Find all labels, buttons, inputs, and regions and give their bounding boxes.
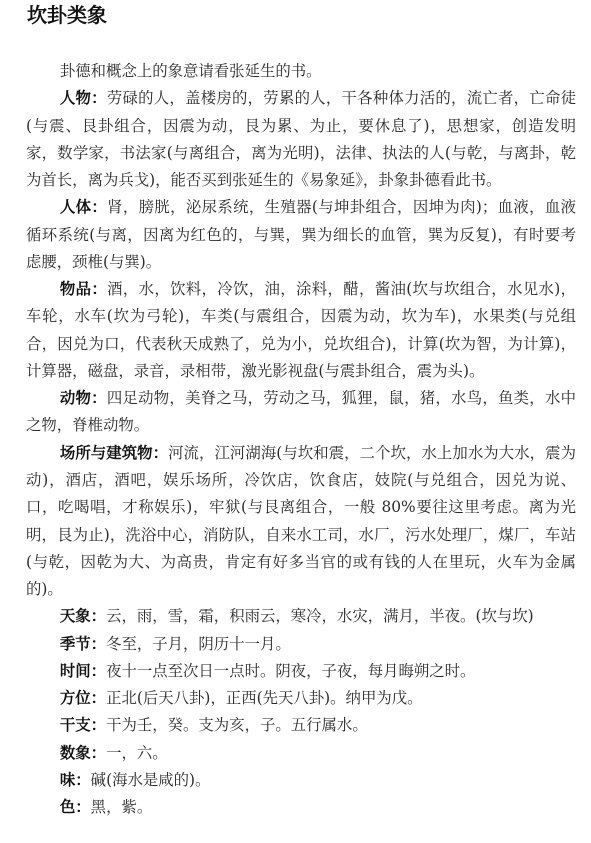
attribute-label: 味： — [60, 771, 91, 789]
intro-paragraph: 卦德和概念上的象意请看张延生的书。 — [26, 58, 576, 85]
attribute-season: 季节：冬至，子月，阴历十一月。 — [26, 631, 576, 658]
attribute-color: 色：黑，紫。 — [26, 794, 576, 821]
attribute-weather: 天象：云，雨，雪，霜，积雨云，寒冷，水灾，满月，半夜。(坎与坎) — [26, 603, 576, 630]
attribute-text: 黑，紫。 — [91, 798, 153, 816]
attribute-label: 干支： — [60, 716, 106, 734]
attribute-direction: 方位：正北(后天八卦)，正西(先天八卦)。纳甲为戊。 — [26, 685, 576, 712]
attribute-label: 数象： — [60, 744, 106, 762]
section-places: 场所与建筑物：河流，江河湖海(与坎和震，二个坎，水上加水为大水，震为动)，酒店，… — [26, 440, 576, 604]
attribute-text: 冬至，子月，阴历十一月。 — [106, 635, 291, 653]
attribute-label: 方位： — [60, 689, 106, 707]
attribute-text: 一，六。 — [106, 744, 168, 762]
attribute-text: 正北(后天八卦)，正西(先天八卦)。纳甲为戊。 — [106, 689, 422, 707]
attribute-text: 碱(海水是咸的)。 — [91, 771, 211, 789]
section-animals: 动物：四足动物，美脊之马，劳动之马，狐狸，鼠，猪，水鸟，鱼类，水中之物，脊椎动物… — [26, 385, 576, 440]
attribute-stems-branches: 干支：干为壬，癸。支为亥，子。五行属水。 — [26, 712, 576, 739]
page-title: 坎卦类象 — [27, 2, 107, 28]
section-text: 劳碌的人，盖楼房的，劳累的人，干各种体力活的，流亡者，亡命徒(与震、艮卦组合，因… — [26, 89, 576, 189]
section-label: 人体： — [60, 198, 107, 216]
attribute-label: 色： — [60, 798, 91, 816]
section-body-parts: 人体：肾，膀胱，泌尿系统，生殖器(与坤卦组合，因坤为肉)；血液，血液循环系统(与… — [26, 194, 576, 276]
document-page: 坎卦类象 卦德和概念上的象意请看张延生的书。 人物：劳碌的人，盖楼房的，劳累的人… — [0, 0, 591, 843]
section-label: 物品： — [60, 280, 107, 298]
attribute-label: 时间： — [60, 662, 106, 680]
section-label: 动物： — [60, 389, 107, 407]
attribute-label: 季节： — [60, 635, 106, 653]
attribute-numbers: 数象：一，六。 — [26, 740, 576, 767]
section-objects: 物品：酒，水，饮料，冷饮，油，涂料，醋，酱油(坎与坎组合，水见水)，车轮，水车(… — [26, 276, 576, 385]
section-label: 场所与建筑物： — [60, 444, 168, 462]
section-label: 人物： — [60, 89, 107, 107]
attribute-time: 时间：夜十一点至次日一点时。阴夜，子夜，每月晦朔之时。 — [26, 658, 576, 685]
attribute-text: 云，雨，雪，霜，积雨云，寒冷，水灾，满月，半夜。(坎与坎) — [106, 607, 534, 625]
section-text: 四足动物，美脊之马，劳动之马，狐狸，鼠，猪，水鸟，鱼类，水中之物，脊椎动物。 — [26, 389, 576, 434]
attribute-taste: 味：碱(海水是咸的)。 — [26, 767, 576, 794]
attribute-label: 天象： — [60, 607, 106, 625]
attribute-text: 夜十一点至次日一点时。阴夜，子夜，每月晦朔之时。 — [106, 662, 475, 680]
section-text: 河流，江河湖海(与坎和震，二个坎，水上加水为大水，震为动)，酒店，酒吧，娱乐场所… — [26, 444, 576, 598]
document-body: 卦德和概念上的象意请看张延生的书。 人物：劳碌的人，盖楼房的，劳累的人，干各种体… — [26, 58, 576, 821]
attribute-text: 干为壬，癸。支为亥，子。五行属水。 — [106, 716, 368, 734]
section-text: 肾，膀胱，泌尿系统，生殖器(与坤卦组合，因坤为肉)；血液，血液循环系统(与离，因… — [26, 198, 576, 271]
section-people: 人物：劳碌的人，盖楼房的，劳累的人，干各种体力活的，流亡者，亡命徒(与震、艮卦组… — [26, 85, 576, 194]
section-text: 酒，水，饮料，冷饮，油，涂料，醋，酱油(坎与坎组合，水见水)，车轮，水车(坎为弓… — [26, 280, 576, 380]
